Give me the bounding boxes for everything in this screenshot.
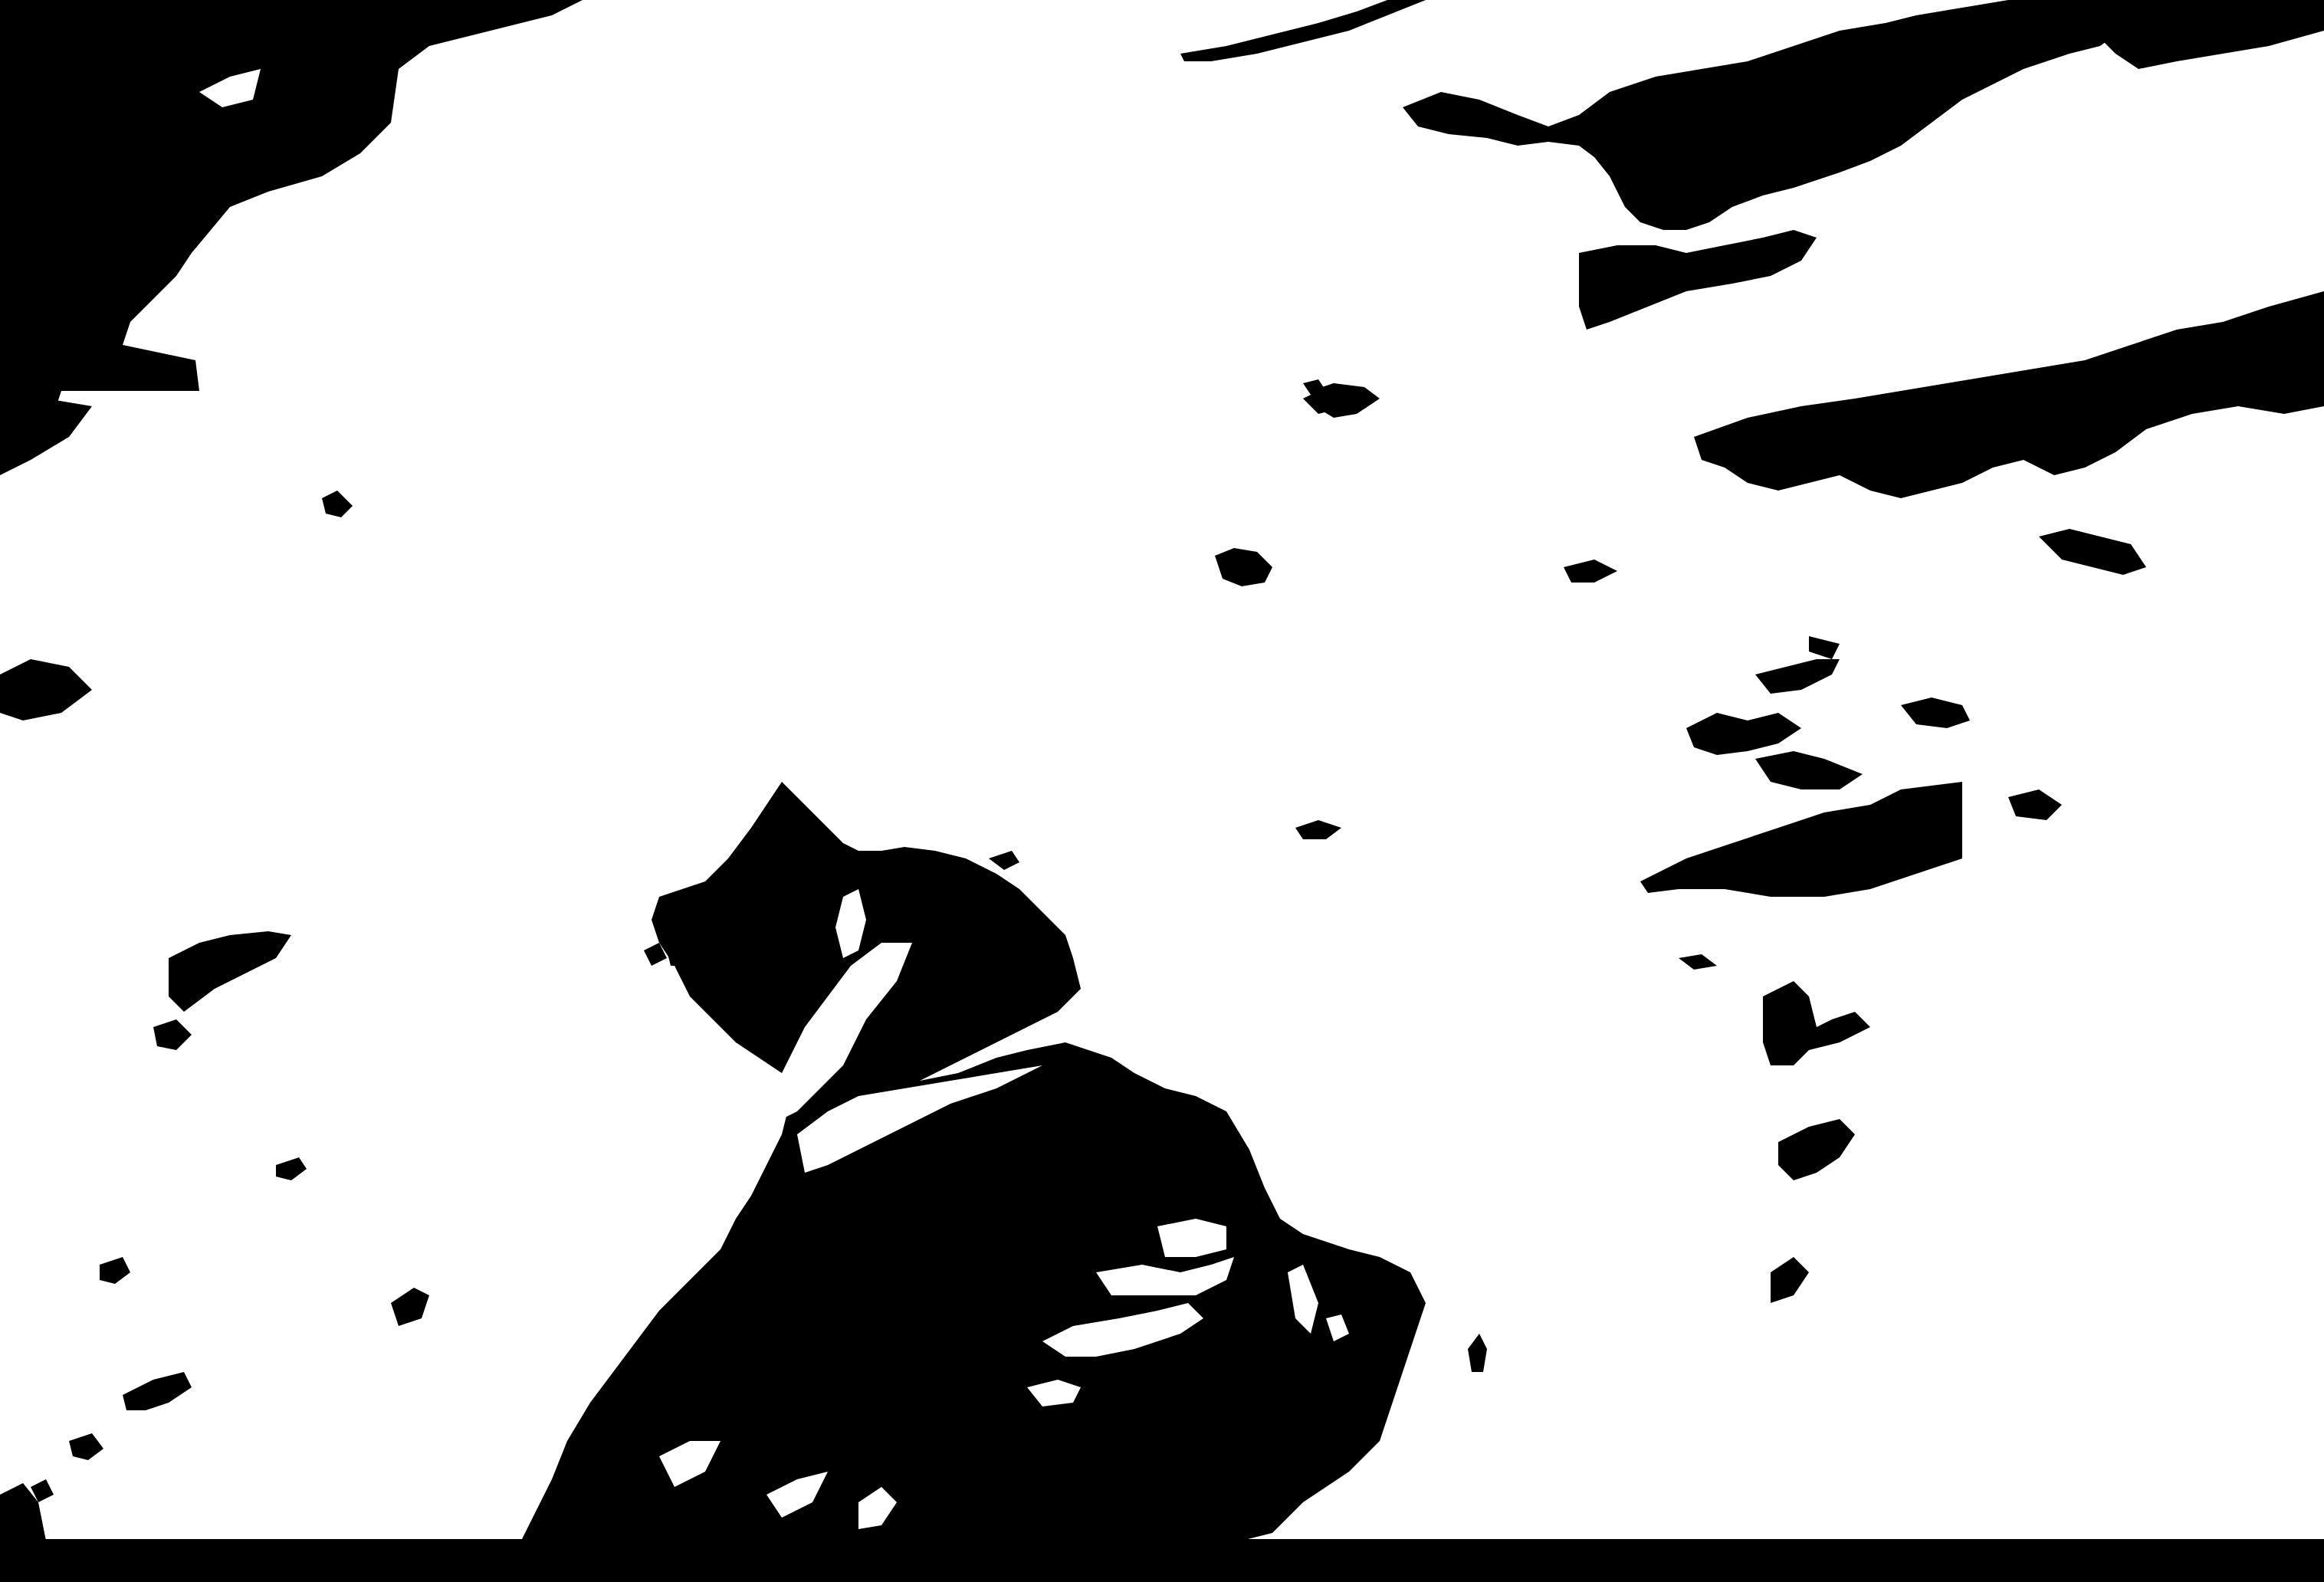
bottom-dark-strip <box>0 1539 2324 1582</box>
terrain-canvas <box>0 0 2324 1582</box>
thresholded-terrain-image <box>0 0 2324 1582</box>
